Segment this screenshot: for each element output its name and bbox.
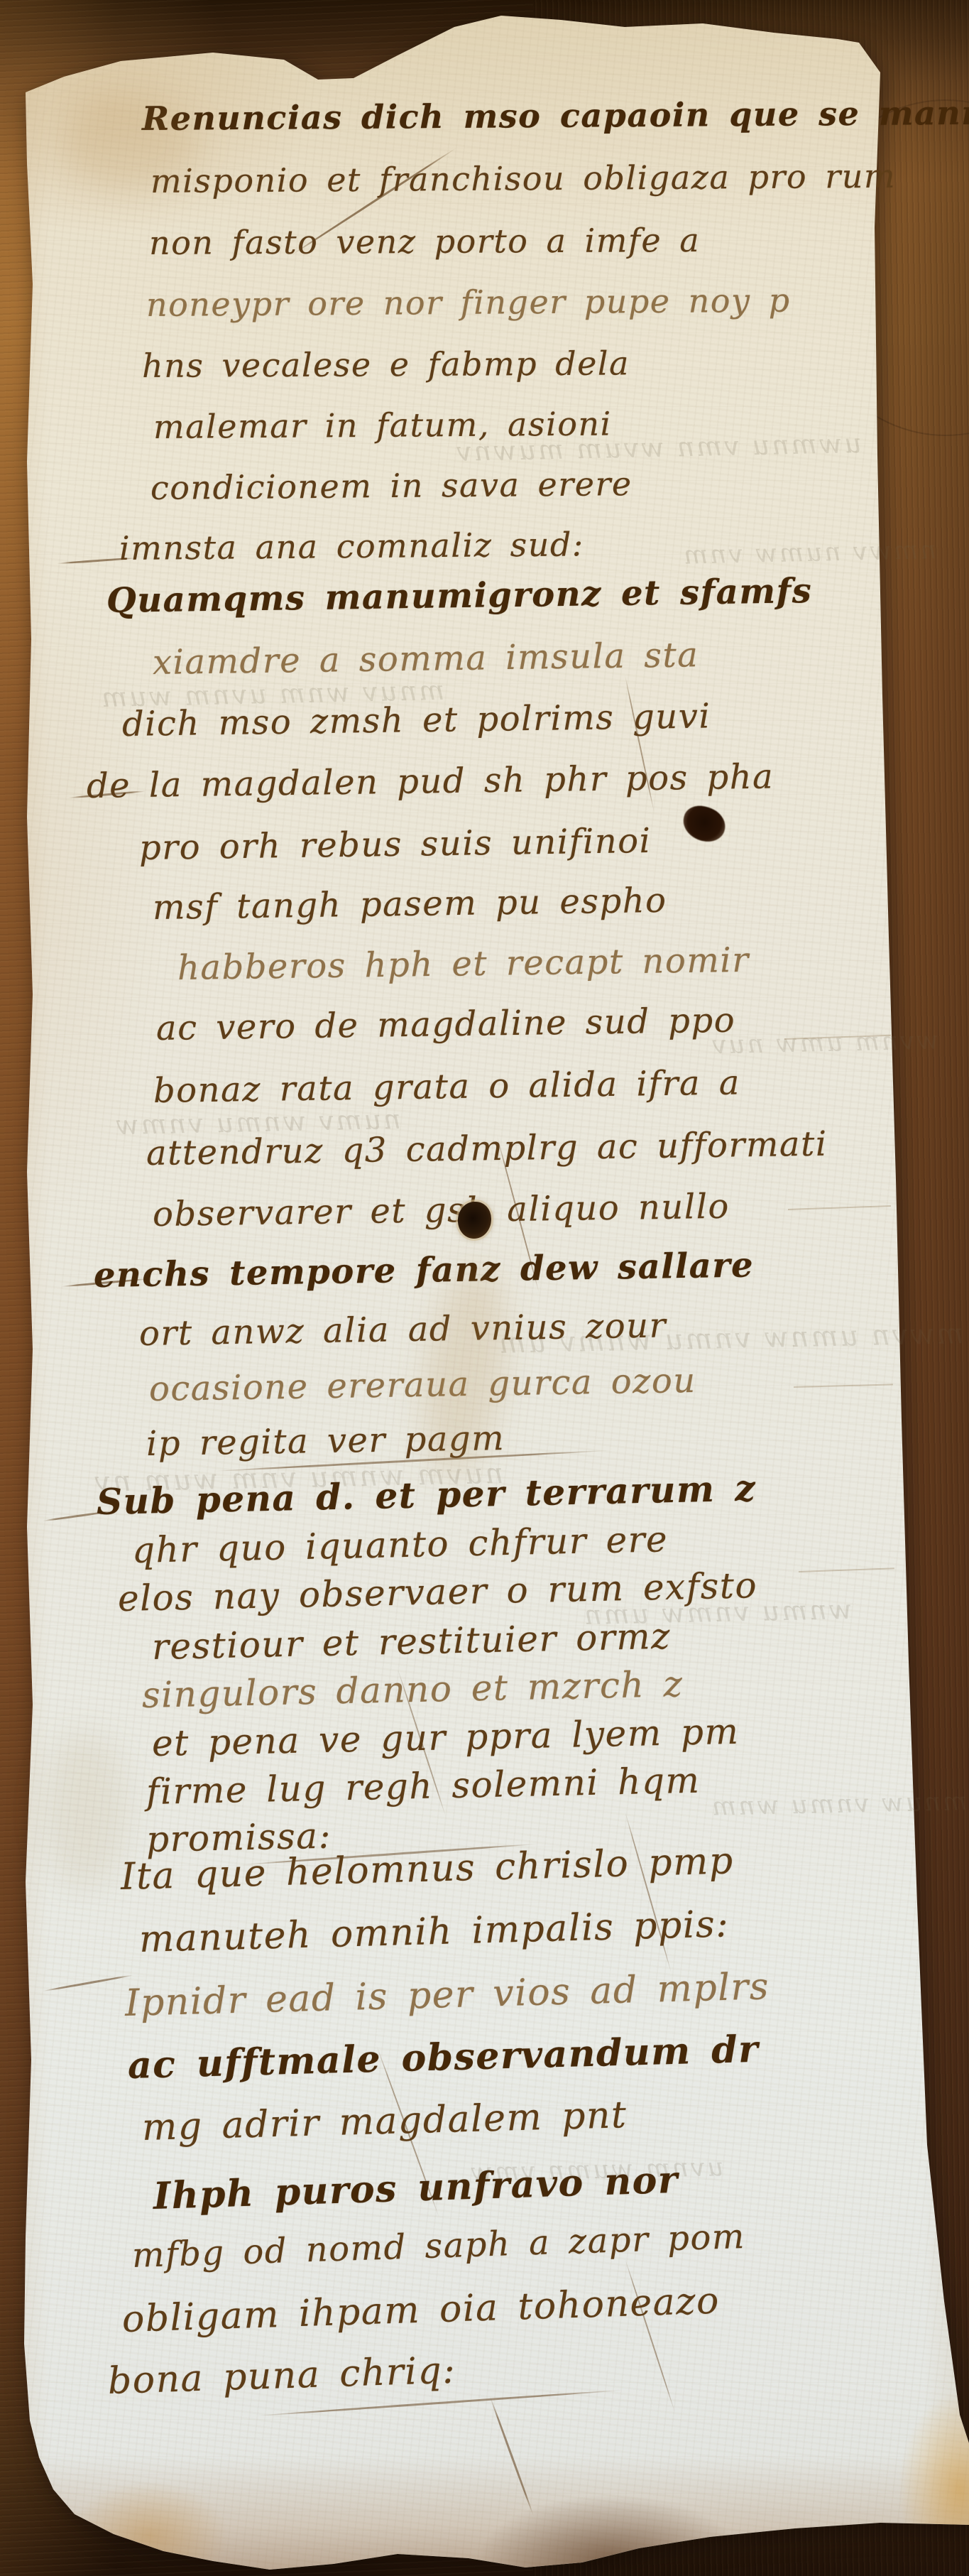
manuscript-photo: uwmnu vmn wvum muwnvnmwv numw vnmmnuv wn…	[0, 0, 969, 2576]
foxing-stain-top-left	[64, 99, 199, 192]
stain-smudge-mid-left	[43, 1733, 128, 1889]
